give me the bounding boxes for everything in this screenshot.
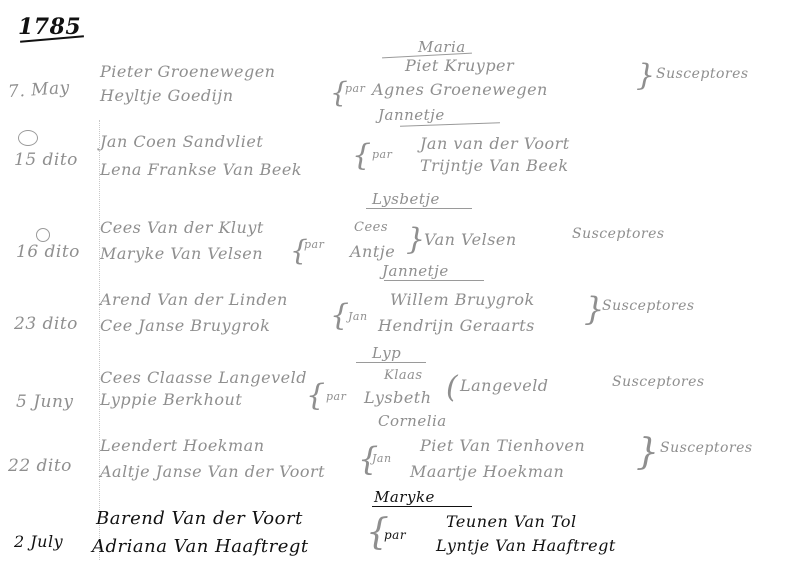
witness-1: Piet Van Tienhoven xyxy=(420,436,585,455)
role-note: Susceptores xyxy=(612,374,705,390)
par-label: Jan xyxy=(372,452,392,465)
child-underline xyxy=(366,208,472,209)
witness-2: Agnes Groenewegen xyxy=(372,80,548,99)
father-name: Barend Van der Voort xyxy=(96,508,303,529)
mother-name: Cee Janse Bruygrok xyxy=(100,316,270,335)
father-name: Jan Coen Sandvliet xyxy=(100,132,263,151)
witness-1: Klaas xyxy=(384,368,423,383)
father-name: Leendert Hoekman xyxy=(100,436,265,455)
witness-2: Hendrijn Geraarts xyxy=(378,316,535,335)
witness-2: Antje xyxy=(350,242,395,261)
brace-icon: } xyxy=(636,58,655,93)
child-underline xyxy=(356,362,426,363)
par-label: Jan xyxy=(348,310,368,323)
witness-surname: Langeveld xyxy=(460,376,549,395)
child-name: Lyp xyxy=(372,344,401,362)
role-note: Susceptores xyxy=(602,298,695,314)
witness-surname: Van Velsen xyxy=(424,230,517,249)
child-name: Maryke xyxy=(374,488,435,506)
par-label: par xyxy=(384,528,406,542)
child-name: Lysbetje xyxy=(372,190,440,208)
witness-2: Trijntje Van Beek xyxy=(420,156,569,175)
swirl-icon xyxy=(18,130,38,146)
mother-name: Heyltje Goedijn xyxy=(100,86,234,105)
father-name: Cees Claasse Langeveld xyxy=(100,368,307,387)
register-page: 1785 7. May Pieter Groenewegen Heyltje G… xyxy=(0,0,800,585)
child-name: Jannetje xyxy=(378,106,445,124)
father-name: Arend Van der Linden xyxy=(100,290,288,309)
mother-name: Lyppie Berkhout xyxy=(100,390,242,409)
entry-date: 23 dito xyxy=(14,314,78,334)
child-underline xyxy=(384,280,484,281)
father-name: Cees Van der Kluyt xyxy=(100,218,264,237)
entry-date: 15 dito xyxy=(14,150,78,170)
role-note: Susceptores xyxy=(660,440,753,456)
role-note: Susceptores xyxy=(656,66,749,82)
brace-icon: } xyxy=(406,222,425,257)
brace-icon: { xyxy=(306,378,325,413)
father-name: Pieter Groenewegen xyxy=(100,62,275,81)
witness-1: Piet Kruyper xyxy=(405,56,514,75)
brace-icon: { xyxy=(352,138,371,173)
brace-icon: } xyxy=(636,432,659,473)
witness-2: Lyntje Van Haaftregt xyxy=(436,536,616,555)
entry-date: 22 dito xyxy=(8,456,72,476)
entry-date: 2 July xyxy=(14,532,63,551)
mother-name: Aaltje Janse Van der Voort xyxy=(100,462,325,481)
witness-1: Jan van der Voort xyxy=(420,134,570,153)
swirl-icon xyxy=(36,228,50,242)
mother-name: Adriana Van Haaftregt xyxy=(92,536,309,557)
mother-name: Maryke Van Velsen xyxy=(100,244,263,263)
entry-date: 7. May xyxy=(7,78,70,102)
mother-name: Lena Frankse Van Beek xyxy=(100,160,302,179)
witness-1: Cees xyxy=(354,220,388,235)
entry-date: 5 Juny xyxy=(16,392,74,412)
witness-2: Lysbeth xyxy=(364,388,432,407)
par-label: par xyxy=(326,390,346,403)
entry-date: 16 dito xyxy=(16,242,80,262)
par-label: par xyxy=(345,82,365,95)
witness-2: Maartje Hoekman xyxy=(410,462,564,481)
brace-icon: ( xyxy=(446,370,458,405)
child-underline xyxy=(372,506,472,507)
witness-1: Willem Bruygrok xyxy=(390,290,535,309)
margin-rule xyxy=(99,120,100,560)
role-note: Susceptores xyxy=(572,226,665,242)
brace-icon: { xyxy=(330,298,349,333)
witness-1: Teunen Van Tol xyxy=(446,512,577,531)
child-name: Cornelia xyxy=(378,412,447,430)
par-label: par xyxy=(304,238,324,251)
child-name: Jannetje xyxy=(382,262,449,280)
par-label: par xyxy=(372,148,392,161)
